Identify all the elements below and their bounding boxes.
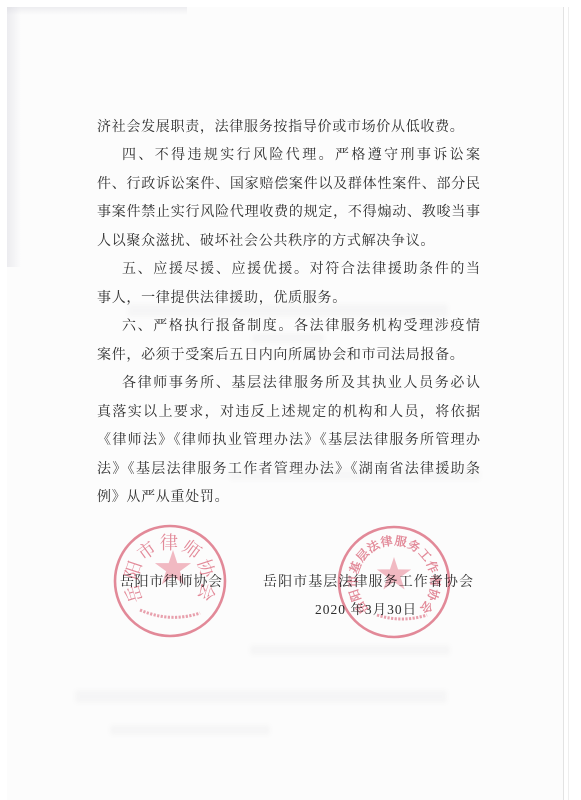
bleed-through-mark [110,725,270,735]
text-line: 事案件禁止实行风险代理收费的规定，不得煽动、教唆当事 [97,198,480,227]
text-line: 例》从严从重处罚。 [97,483,480,512]
text-line: 事人，一律提供法律援助，优质服务。 [97,284,480,313]
signature-date: 2020 年3月30日 [315,600,417,620]
scan-edge-shadow [7,7,187,15]
text-line: 五、应援尽援、应援优援。对符合法律援助条件的当 [97,255,480,284]
paragraph-enforcement: 各律师事务所、基层法律服务所及其执业人员务必认 真落实以上要求，对违反上述规定的… [97,369,480,512]
document-body: 济社会发展职责，法律服务按指导价或市场价从低收费。 四、不得违规实行风险代理。严… [97,113,480,512]
paragraph-fee-clause-tail: 济社会发展职责，法律服务按指导价或市场价从低收费。 [97,113,480,142]
text-line: 真落实以上要求，对违反上述规定的机构和人员，将依据 [97,398,480,427]
text-line: 人以聚众滋扰、破坏社会公共秩序的方式解决争议。 [97,227,480,256]
text-line: 件、行政诉讼案件、国家赔偿案件以及群体性案件、部分民 [97,170,480,199]
text-line: 四、不得违规实行风险代理。严格遵守刑事诉讼案 [97,141,480,170]
text-line: 各律师事务所、基层法律服务所及其执业人员务必认 [97,369,480,398]
paragraph-item-6-reporting: 六、严格执行报备制度。各法律服务机构受理涉疫情 案件，必须于受案后五日内向所属协… [97,312,480,369]
scan-edge-shadow [7,7,21,267]
text-line: 济社会发展职责，法律服务按指导价或市场价从低收费。 [97,113,480,142]
signature-legal-service-workers-association: 岳阳市基层法律服务工作者协会 [263,572,473,592]
text-line: 《律师法》《律师执业管理办法》《基层法律服务所管理办 [97,426,480,455]
bleed-through-mark [75,690,447,703]
text-line: 法》《基层法律服务工作者管理办法》《湖南省法律援助条 [97,455,480,484]
paragraph-item-4-risk-agency: 四、不得违规实行风险代理。严格遵守刑事诉讼案 件、行政诉讼案件、国家赔偿案件以及… [97,141,480,255]
bleed-through-mark [250,645,450,655]
signature-lawyers-association: 岳阳市律师协会 [120,572,222,592]
text-line: 六、严格执行报备制度。各法律服务机构受理涉疫情 [97,312,480,341]
page-edge-line [568,7,569,800]
paragraph-item-5-legal-aid: 五、应援尽援、应援优援。对符合法律援助条件的当 事人，一律提供法律援助，优质服务… [97,255,480,312]
text-line: 案件，必须于受案后五日内向所属协会和市司法局报备。 [97,341,480,370]
